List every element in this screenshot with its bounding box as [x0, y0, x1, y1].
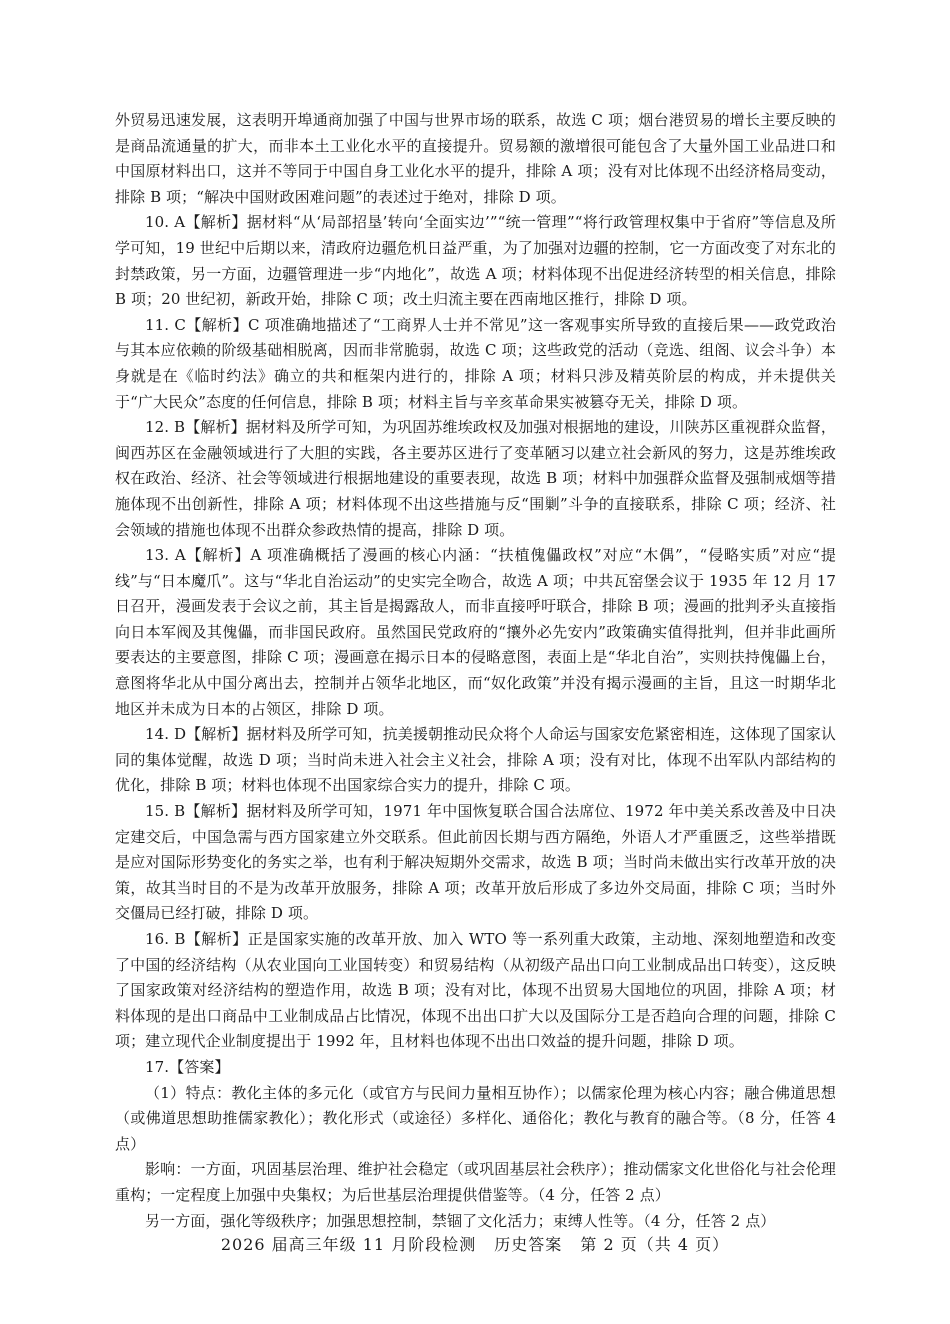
paragraph-q14: 14. D【解析】据材料及所学可知，抗美援朝推动民众将个人命运与国家安危紧密相连… — [115, 722, 836, 799]
footer-subject: 历史答案 — [494, 1235, 562, 1254]
paragraph-q9-continued: 外贸易迅速发展，这表明开埠通商加强了中国与世界市场的联系，故选 C 项；烟台港贸… — [115, 108, 836, 210]
paragraph-q17-heading: 17.【答案】 — [115, 1055, 836, 1081]
footer-page-number: 第 2 页（共 4 页） — [580, 1235, 729, 1254]
answer-body: 外贸易迅速发展，这表明开埠通商加强了中国与世界市场的联系，故选 C 项；烟台港贸… — [115, 108, 836, 1234]
paragraph-q10: 10. A【解析】据材料“从‘局部招垦’转向‘全面实边’”“统一管理”“将行政管… — [115, 210, 836, 312]
paragraph-q17-part1: （1）特点：教化主体的多元化（或官方与民间力量相互协作）；以儒家伦理为核心内容；… — [115, 1081, 836, 1158]
paragraph-q15: 15. B【解析】据材料及所学可知，1971 年中国恢复联合国合法席位、1972… — [115, 799, 836, 927]
paragraph-q17-impact-positive: 影响：一方面，巩固基层治理、维护社会稳定（或巩固基层社会秩序）；推动儒家文化世俗… — [115, 1157, 836, 1208]
page-footer: 2026 届高三年级 11 月阶段检测 历史答案 第 2 页（共 4 页） — [0, 1232, 950, 1255]
paragraph-q17-impact-negative: 另一方面，强化等级秩序；加强思想控制，禁锢了文化活力；束缚人性等。（4 分，任答… — [115, 1209, 836, 1235]
paragraph-q11: 11. C【解析】C 项准确地描述了“工商界人士并不常见”这一客观事实所导致的直… — [115, 313, 836, 415]
paragraph-q16: 16. B【解析】正是国家实施的改革开放、加入 WTO 等一系列重大政策，主动地… — [115, 927, 836, 1055]
paragraph-q13: 13. A【解析】A 项准确概括了漫画的核心内涵：“扶植傀儡政权”对应“木偶”，… — [115, 543, 836, 722]
paragraph-q12: 12. B【解析】据材料及所学可知，为巩固苏维埃政权及加强对根据地的建设，川陕苏… — [115, 415, 836, 543]
footer-exam-title: 2026 届高三年级 11 月阶段检测 — [221, 1235, 476, 1254]
